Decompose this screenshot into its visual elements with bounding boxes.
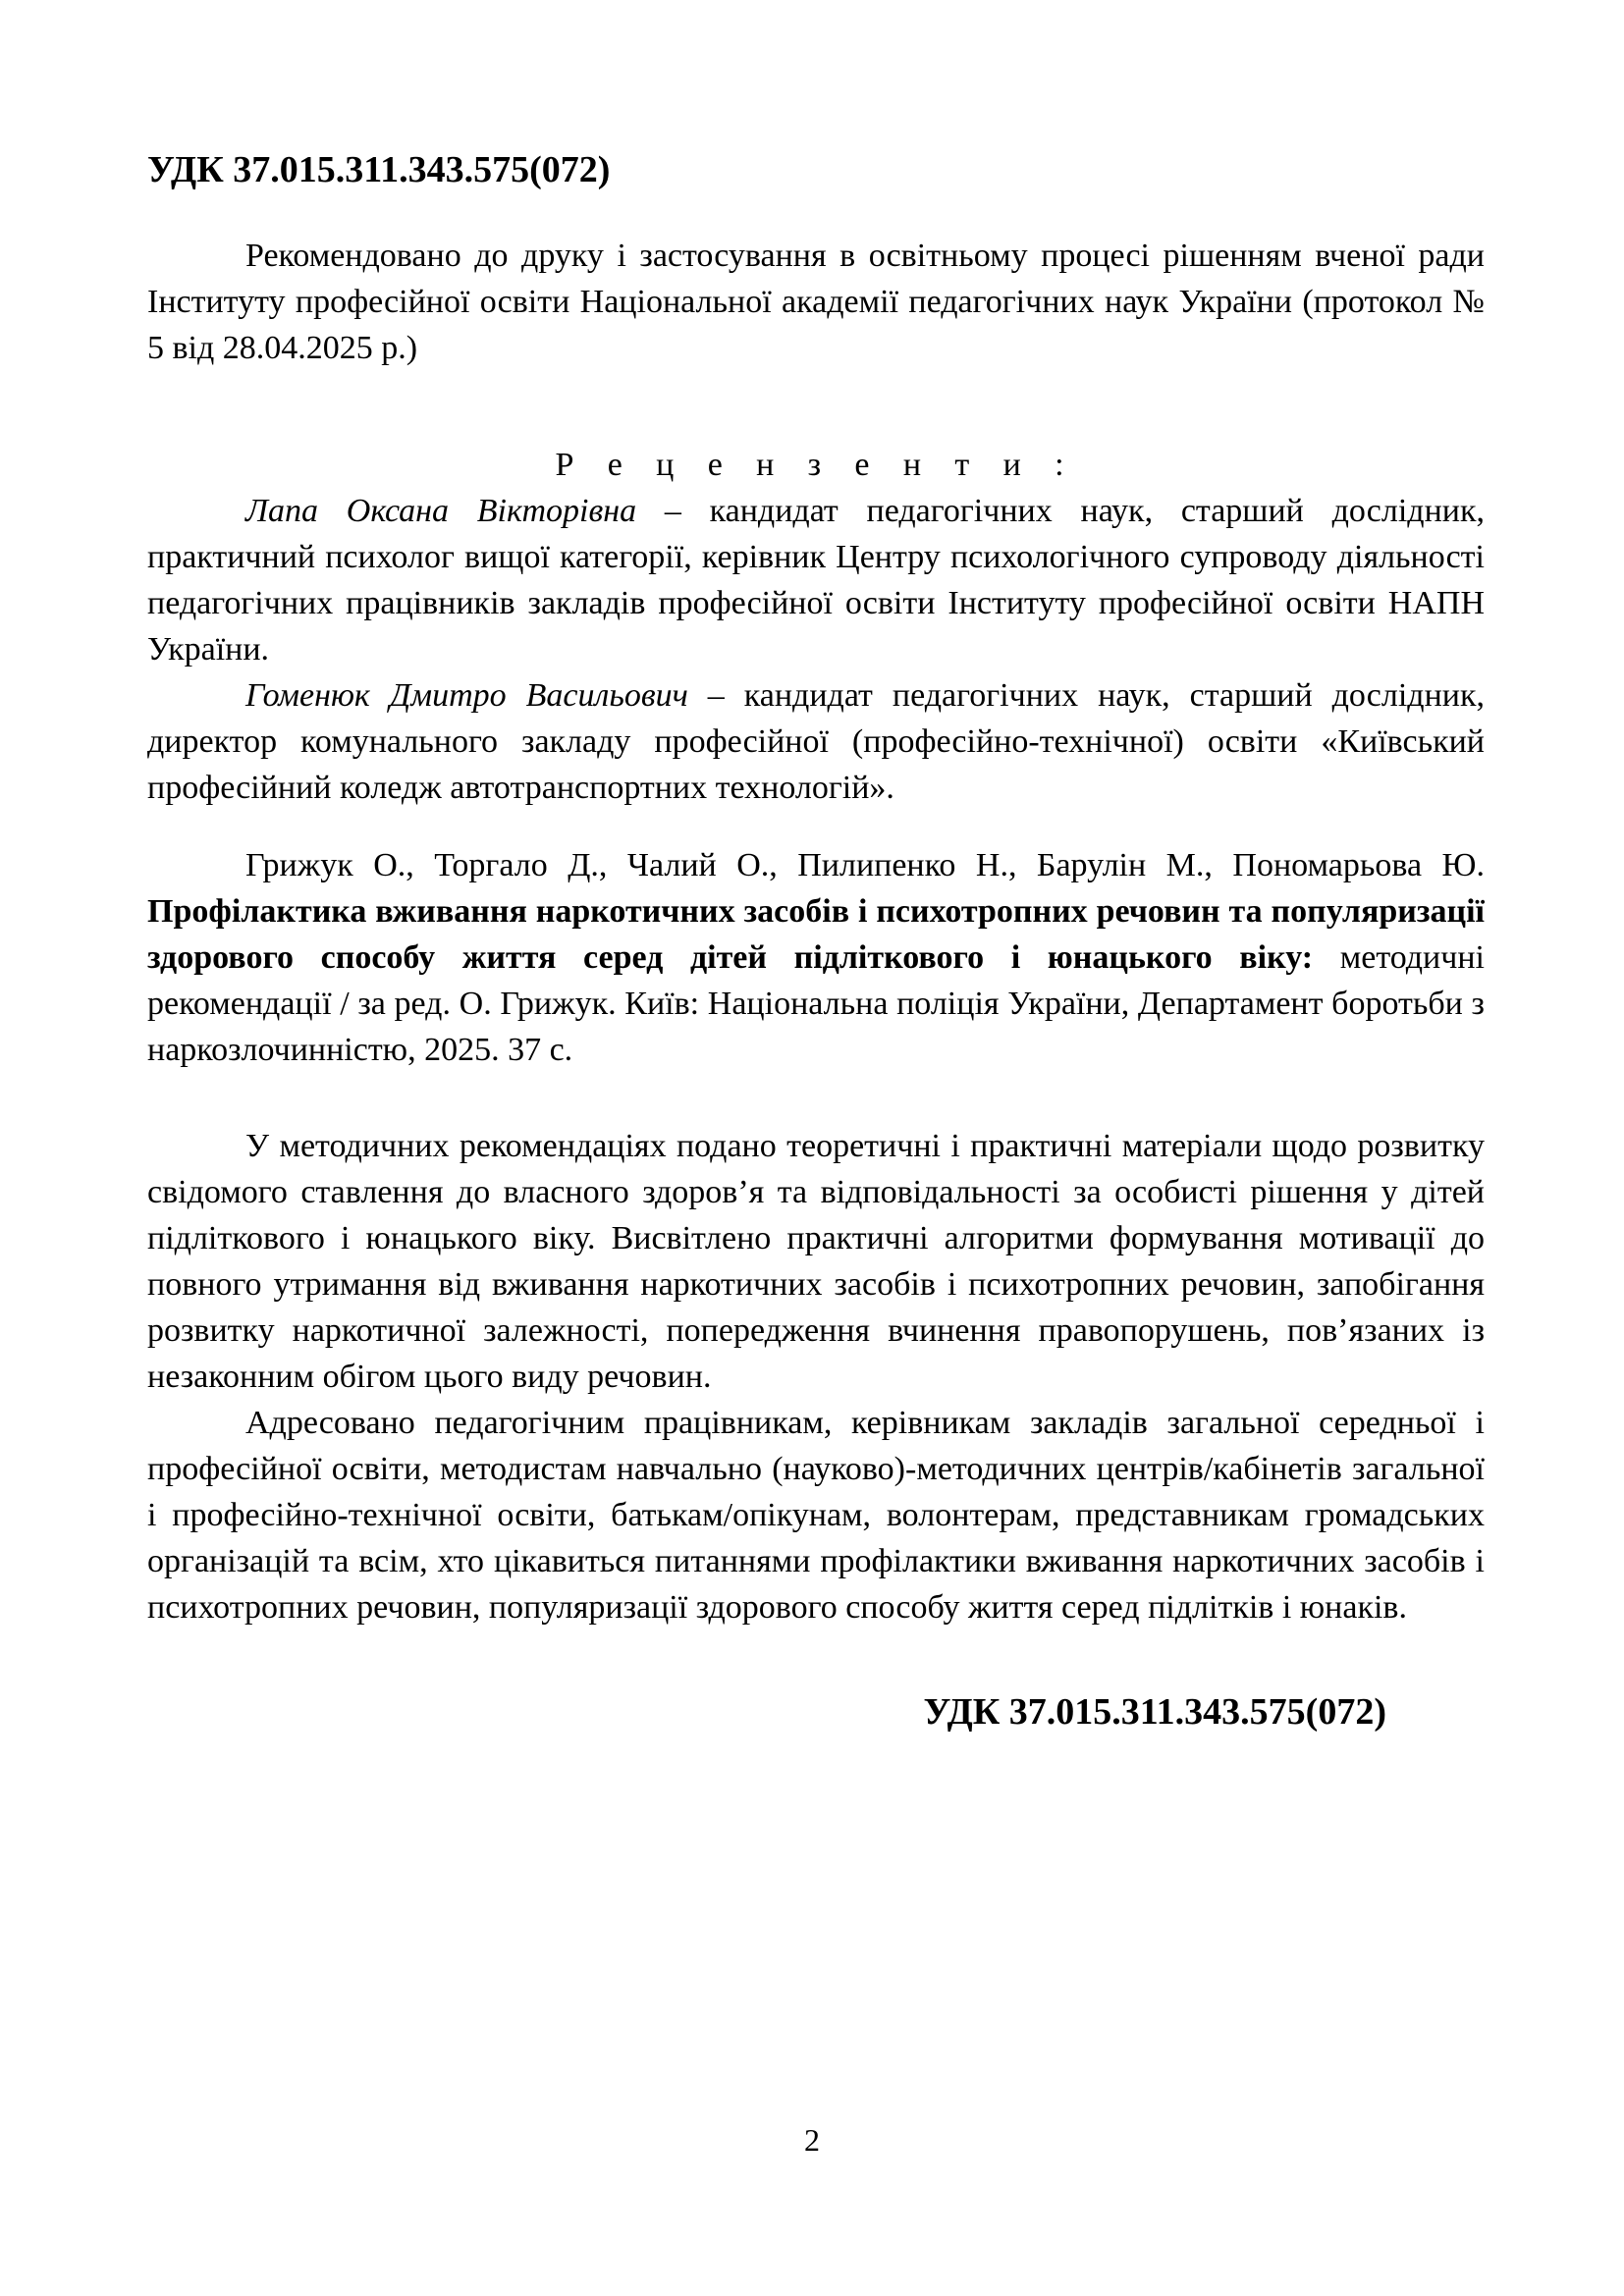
page-number: 2 xyxy=(0,2120,1624,2160)
abstract-paragraph-2: Адресовано педагогічним працівникам, кер… xyxy=(147,1400,1485,1630)
reviewer-1-paragraph: Лапа Оксана Вікторівна – кандидат педаго… xyxy=(147,488,1485,672)
abstract-paragraph-1: У методичних рекомендаціях подано теорет… xyxy=(147,1123,1485,1400)
document-page: УДК 37.015.311.343.575(072) Рекомендован… xyxy=(0,0,1624,2296)
citation-paragraph: Грижук О., Торгало Д., Чалий О., Пилипен… xyxy=(147,842,1485,1073)
citation-authors: Грижук О., Торгало Д., Чалий О., Пилипен… xyxy=(245,847,1485,883)
citation-title: Профілактика вживання наркотичних засобі… xyxy=(147,893,1485,976)
recommendation-paragraph: Рекомендовано до друку і застосування в … xyxy=(147,233,1485,371)
reviewer-1-name: Лапа Оксана Вікторівна xyxy=(245,493,636,529)
reviewers-heading: Р е ц е н з е н т и : xyxy=(147,442,1485,488)
udk-code-top: УДК 37.015.311.343.575(072) xyxy=(147,147,1485,193)
reviewer-2-name: Гоменюк Дмитро Васильович xyxy=(245,677,688,714)
udk-code-bottom: УДК 37.015.311.343.575(072) xyxy=(147,1689,1485,1735)
reviewer-2-paragraph: Гоменюк Дмитро Васильович – кандидат пед… xyxy=(147,672,1485,811)
